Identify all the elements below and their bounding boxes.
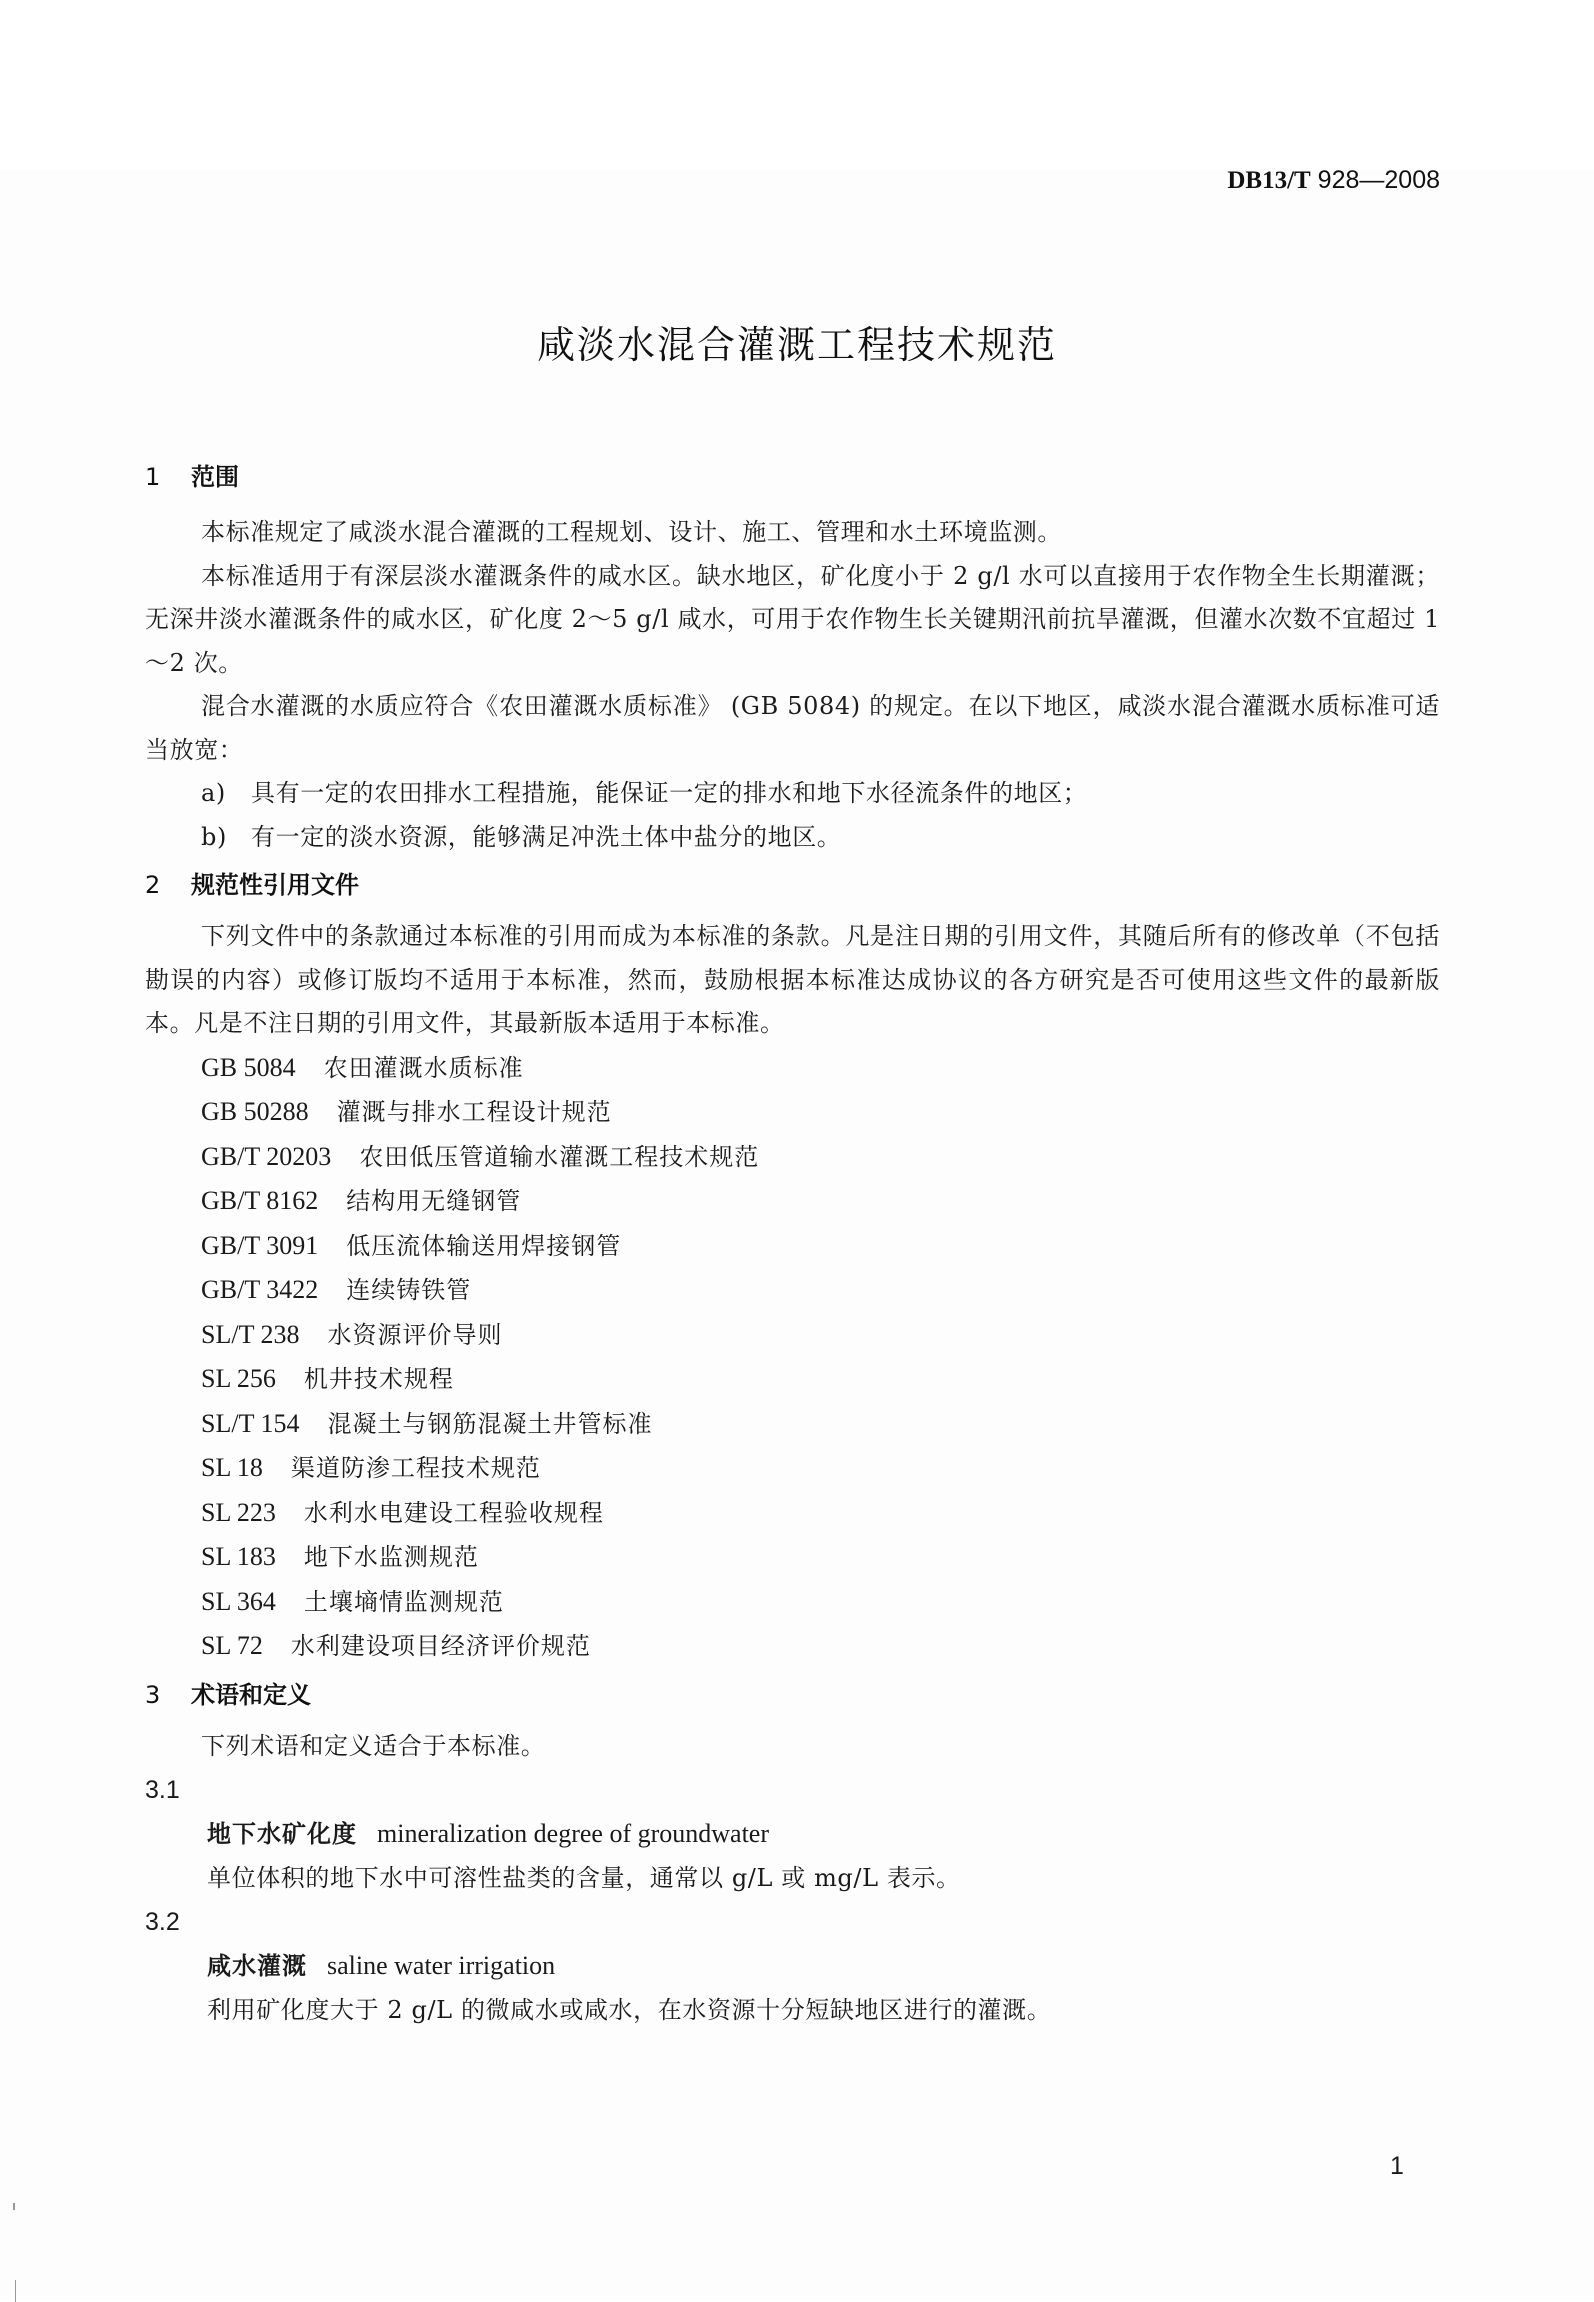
section-title: 术语和定义 bbox=[191, 1681, 311, 1709]
reference-code: SL 183 bbox=[201, 1542, 276, 1571]
reference-name: 灌溉与排水工程设计规范 bbox=[337, 1098, 612, 1126]
term-english: saline water irrigation bbox=[327, 1951, 555, 1980]
reference-code: GB/T 8162 bbox=[201, 1186, 318, 1215]
reference-code: GB/T 20203 bbox=[201, 1142, 331, 1171]
reference-item: GB/T 3091低压流体输送用焊接钢管 bbox=[145, 1224, 1440, 1269]
reference-name: 水利建设项目经济评价规范 bbox=[291, 1632, 591, 1660]
paragraph: 下列文件中的条款通过本标准的引用而成为本标准的条款。凡是注日期的引用文件，其随后… bbox=[145, 915, 1440, 1046]
reference-name: 混凝土与钢筋混凝土井管标准 bbox=[327, 1410, 652, 1438]
reference-item: SL/T 238水资源评价导则 bbox=[145, 1313, 1440, 1358]
list-marker: b) bbox=[201, 816, 251, 860]
reference-code: SL 364 bbox=[201, 1587, 276, 1616]
reference-code: GB 5084 bbox=[201, 1053, 296, 1082]
reference-item: SL 183地下水监测规范 bbox=[145, 1535, 1440, 1580]
paragraph: 混合水灌溉的水质应符合《农田灌溉水质标准》 (GB 5084) 的规定。在以下地… bbox=[145, 685, 1440, 772]
standard-code: DB13/T 928—2008 bbox=[1227, 166, 1440, 195]
term-definition: 利用矿化度大于 2 g/L 的微咸水或咸水，在水资源十分短缺地区进行的灌溉。 bbox=[145, 1989, 1440, 2033]
reference-code: SL 223 bbox=[201, 1498, 276, 1527]
reference-code: GB 50288 bbox=[201, 1097, 309, 1126]
reference-name: 土壤墒情监测规范 bbox=[304, 1588, 504, 1616]
section-number: 2 bbox=[145, 863, 191, 907]
document-body: 1范围 本标准规定了咸淡水混合灌溉的工程规划、设计、施工、管理和水土环境监测。 … bbox=[145, 455, 1440, 2032]
reference-name: 机井技术规程 bbox=[304, 1365, 454, 1393]
standard-number: 928—2008 bbox=[1318, 166, 1440, 194]
term-chinese: 地下水矿化度 bbox=[207, 1820, 357, 1848]
section-title: 范围 bbox=[191, 463, 239, 491]
document-title: 咸淡水混合灌溉工程技术规范 bbox=[0, 314, 1594, 369]
reference-item: GB 50288灌溉与排水工程设计规范 bbox=[145, 1090, 1440, 1135]
reference-code: SL 256 bbox=[201, 1364, 276, 1393]
reference-name: 农田低压管道输水灌溉工程技术规范 bbox=[359, 1143, 759, 1171]
reference-name: 低压流体输送用焊接钢管 bbox=[346, 1232, 621, 1260]
reference-item: GB 5084农田灌溉水质标准 bbox=[145, 1046, 1440, 1091]
reference-code: GB/T 3091 bbox=[201, 1231, 318, 1260]
term-number: 3.2 bbox=[145, 1900, 1440, 1944]
section-heading-terms-definitions: 3术语和定义 bbox=[145, 1673, 1440, 1717]
reference-item: SL 72水利建设项目经济评价规范 bbox=[145, 1624, 1440, 1669]
section-number: 3 bbox=[145, 1673, 191, 1717]
term-number: 3.1 bbox=[145, 1768, 1440, 1812]
reference-name: 结构用无缝钢管 bbox=[346, 1187, 521, 1215]
list-item: b)有一定的淡水资源，能够满足冲洗土体中盐分的地区。 bbox=[145, 816, 1440, 860]
reference-item: SL 256机井技术规程 bbox=[145, 1357, 1440, 1402]
reference-name: 渠道防渗工程技术规范 bbox=[291, 1454, 541, 1482]
list-text: 有一定的淡水资源，能够满足冲洗土体中盐分的地区。 bbox=[251, 823, 841, 851]
section-heading-normative-references: 2规范性引用文件 bbox=[145, 863, 1440, 907]
reference-item: SL 223水利水电建设工程验收规程 bbox=[145, 1491, 1440, 1536]
reference-code: GB/T 3422 bbox=[201, 1275, 318, 1304]
list-item: a)具有一定的农田排水工程措施，能保证一定的排水和地下水径流条件的地区； bbox=[145, 772, 1440, 816]
reference-code: SL 18 bbox=[201, 1453, 263, 1482]
section-title: 规范性引用文件 bbox=[191, 871, 359, 899]
standard-prefix: DB13/T bbox=[1227, 167, 1310, 194]
section-heading-scope: 1范围 bbox=[145, 455, 1440, 499]
reference-item: SL 18渠道防渗工程技术规范 bbox=[145, 1446, 1440, 1491]
page-number: 1 bbox=[1390, 2152, 1404, 2181]
reference-code: SL 72 bbox=[201, 1631, 263, 1660]
reference-name: 水利水电建设工程验收规程 bbox=[304, 1499, 604, 1527]
term-chinese: 咸水灌溉 bbox=[207, 1952, 307, 1980]
list-marker: a) bbox=[201, 772, 251, 816]
reference-item: SL 364土壤墒情监测规范 bbox=[145, 1580, 1440, 1625]
paragraph: 本标准适用于有深层淡水灌溉条件的咸水区。缺水地区，矿化度小于 2 g/l 水可以… bbox=[145, 555, 1440, 686]
term-entry: 地下水矿化度mineralization degree of groundwat… bbox=[145, 1812, 1440, 1857]
reference-item: SL/T 154混凝土与钢筋混凝土井管标准 bbox=[145, 1402, 1440, 1447]
reference-name: 连续铸铁管 bbox=[346, 1276, 471, 1304]
reference-code: SL/T 154 bbox=[201, 1409, 299, 1438]
term-entry: 咸水灌溉saline water irrigation bbox=[145, 1944, 1440, 1989]
reference-name: 地下水监测规范 bbox=[304, 1543, 479, 1571]
reference-item: GB/T 3422连续铸铁管 bbox=[145, 1268, 1440, 1313]
paragraph: 本标准规定了咸淡水混合灌溉的工程规划、设计、施工、管理和水土环境监测。 bbox=[145, 511, 1440, 555]
scan-mark bbox=[15, 2280, 16, 2302]
reference-name: 水资源评价导则 bbox=[327, 1321, 502, 1349]
scan-mark bbox=[13, 2203, 15, 2210]
section-number: 1 bbox=[145, 455, 191, 499]
reference-item: GB/T 8162结构用无缝钢管 bbox=[145, 1179, 1440, 1224]
reference-name: 农田灌溉水质标准 bbox=[324, 1054, 524, 1082]
reference-item: GB/T 20203农田低压管道输水灌溉工程技术规范 bbox=[145, 1135, 1440, 1180]
paragraph: 下列术语和定义适合于本标准。 bbox=[145, 1725, 1440, 1769]
reference-code: SL/T 238 bbox=[201, 1320, 299, 1349]
term-english: mineralization degree of groundwater bbox=[377, 1819, 769, 1848]
term-definition: 单位体积的地下水中可溶性盐类的含量，通常以 g/L 或 mg/L 表示。 bbox=[145, 1857, 1440, 1901]
list-text: 具有一定的农田排水工程措施，能保证一定的排水和地下水径流条件的地区； bbox=[251, 779, 1087, 807]
